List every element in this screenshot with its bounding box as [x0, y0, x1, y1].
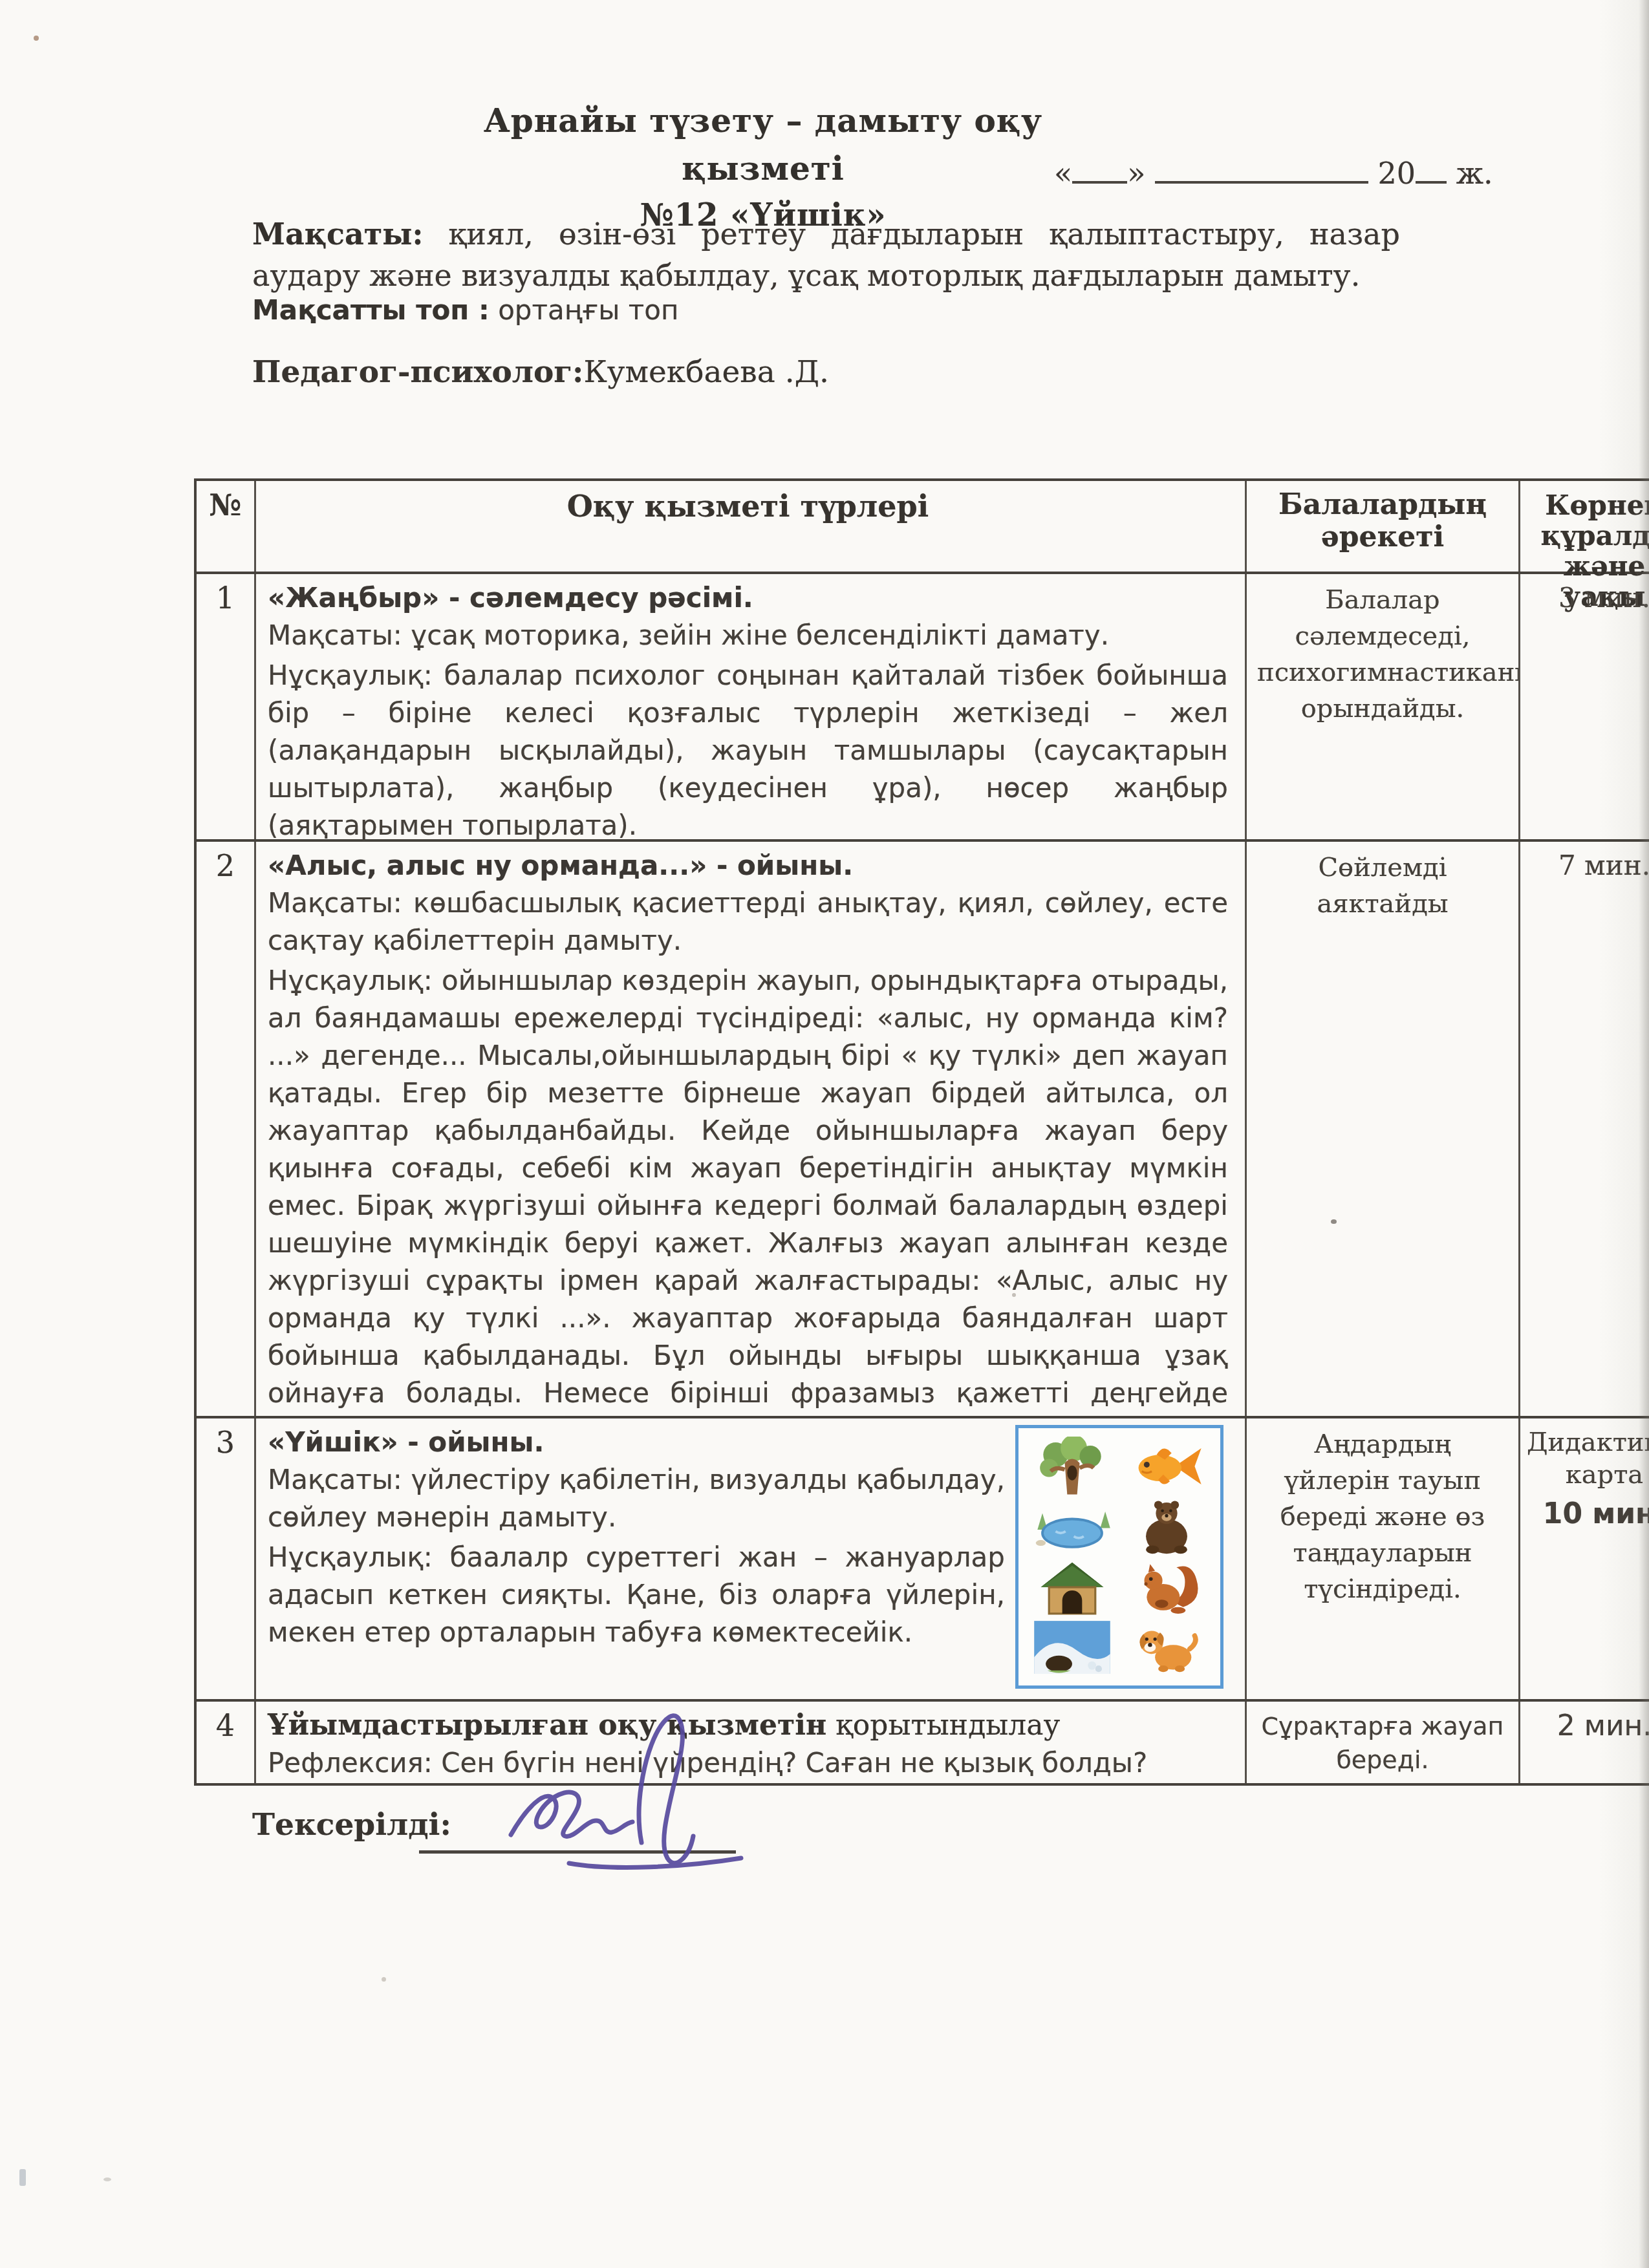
header-aids-time: Көрнек құралда және уақы [1520, 481, 1649, 572]
header-children-actions: Балалардың әрекеті [1247, 481, 1520, 572]
squirrel-image [1125, 1557, 1209, 1617]
row4-number: 4 [197, 1702, 256, 1783]
title-line-1: Арнайы түзету – дамыту оқу қызметі [414, 97, 1112, 193]
didactic-card-image [1015, 1425, 1223, 1689]
date-year-blank [1416, 155, 1447, 184]
row2-number: 2 [197, 842, 256, 1416]
scanned-lesson-plan-page: Арнайы түзету – дамыту оқу қызметі №12 «… [0, 0, 1649, 2268]
row2-time: 7 мин. [1520, 842, 1649, 1416]
date-day-blank [1072, 155, 1127, 184]
goal-paragraph: Мақсаты: қиял, өзін-өзі реттеу дағдылары… [252, 213, 1400, 296]
bear-image [1125, 1497, 1209, 1556]
scan-speck [19, 2169, 26, 2186]
date-year-suffix: ж. [1456, 156, 1493, 191]
row4-children-action: Сұрақтарға жауап береді. [1247, 1702, 1520, 1783]
goal-label: Мақсаты: [252, 217, 423, 251]
date-year-prefix: 20 [1378, 156, 1416, 191]
row2-activity-title: «Алыс, алыс ну орманда...» - ойыны. [268, 847, 1228, 884]
target-group-value: ортаңғы топ [490, 294, 679, 326]
row1-goal: Мақсаты: ұсақ моторика, зейін жіне белсе… [268, 617, 1228, 654]
row1-activity-title: «Жаңбыр» - сәлемдесу рәсімі. [268, 579, 1228, 617]
date-blank-line: «» 20 ж. [1054, 155, 1546, 191]
row2-activity-cell: «Алыс, алыс ну орманда...» - ойыны. Мақс… [256, 842, 1247, 1416]
scan-speck [382, 1977, 386, 1982]
den-snow-image [1030, 1618, 1114, 1677]
target-group-line: Мақсатты топ : ортаңғы топ [252, 294, 1352, 326]
date-open-quote: « [1054, 156, 1072, 191]
table-row: 2 «Алыс, алыс ну орманда...» - ойыны. Ма… [197, 842, 1649, 1418]
row2-goal: Мақсаты: көшбасшылық қасиеттерді анықтау… [268, 884, 1228, 959]
row3-goal: Мақсаты: үйлестіру қабілетін, визуалды қ… [268, 1461, 1005, 1536]
lesson-plan-table: № Оқу қызметі түрлері Балалардың әрекеті… [194, 478, 1649, 1786]
psychologist-line: Педагог-психолог:Кумекбаева .Д. [252, 354, 1352, 390]
table-row: 1 «Жаңбыр» - сәлемдесу рәсімі. Мақсаты: … [197, 574, 1649, 842]
row3-activity-title: «Үйшік» - ойыны. [268, 1424, 1005, 1461]
row3-aids-cell: Дидактикал карта 10 мин. [1520, 1418, 1649, 1699]
row3-activity-cell: «Үйшік» - ойыны. Мақсаты: үйлестіру қабі… [256, 1418, 1247, 1699]
scan-edge-shadow [1639, 0, 1649, 2268]
scan-speck [1012, 1293, 1016, 1297]
scan-speck [1331, 1219, 1337, 1224]
row1-children-action: Балалар сәлемдеседі, психогимнастиканы о… [1247, 574, 1520, 839]
goldfish-image [1125, 1437, 1209, 1496]
target-group-label: Мақсатты топ : [252, 294, 490, 326]
row3-instruction: Нұсқаулық: баалалр суреттегі жан – жануа… [268, 1539, 1005, 1651]
row4-time: 2 мин. [1520, 1702, 1649, 1783]
checked-label: Тексерілді: [252, 1807, 451, 1843]
header-activities: Оқу қызметі түрлері [256, 481, 1247, 572]
date-close-quote: » [1127, 156, 1145, 191]
signature-ink [472, 1694, 834, 1888]
scan-speck [34, 36, 39, 41]
psychologist-value: Кумекбаева .Д. [583, 354, 828, 390]
row3-number: 3 [197, 1418, 256, 1699]
table-row: 3 «Үйшік» - ойыны. Мақсаты: үйлестіру қа… [197, 1418, 1649, 1702]
row1-number: 1 [197, 574, 256, 839]
row3-children-action: Аңдардың үйлерін тауып береді және өз та… [1247, 1418, 1520, 1699]
row1-instruction: Нұсқаулық: балалар психолог соңынан қайт… [268, 657, 1228, 839]
row3-didactic-card-label: Дидактикал карта [1527, 1426, 1649, 1491]
header-num: № [197, 481, 256, 572]
kennel-image [1030, 1557, 1114, 1617]
row1-time: 3 мин. [1520, 574, 1649, 839]
row2-children-action: Сөйлемді аяктайды [1247, 842, 1520, 1416]
tree-hollow-image [1030, 1437, 1114, 1496]
row1-activity-cell: «Жаңбыр» - сәлемдесу рәсімі. Мақсаты: ұс… [256, 574, 1247, 839]
goal-text: қиял, өзін-өзі реттеу дағдыларын қалыпта… [252, 217, 1400, 293]
pond-image [1030, 1497, 1114, 1556]
puppy-image [1125, 1618, 1209, 1677]
psychologist-label: Педагог-психолог: [252, 354, 583, 390]
row3-time: 10 мин. [1527, 1497, 1649, 1530]
table-row: 4 Ұйымдастырылған оқу қызметін қорытынды… [197, 1702, 1649, 1783]
row2-instruction: Нұсқаулық: ойыншылар көздерін жауып, оры… [268, 962, 1228, 1416]
table-header-row: № Оқу қызметі түрлері Балалардың әрекеті… [197, 481, 1649, 574]
row4-title-rest: қорытындылау [826, 1709, 1060, 1742]
scan-speck [103, 2177, 111, 2181]
date-month-blank [1155, 155, 1368, 184]
